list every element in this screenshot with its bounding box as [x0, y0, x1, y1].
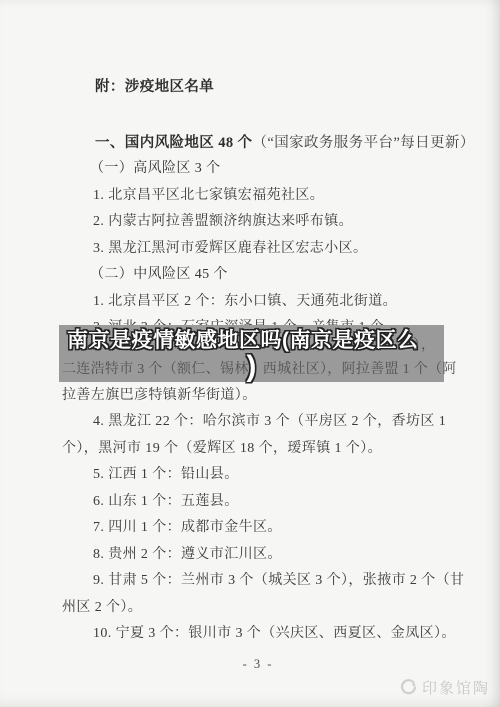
document-line: 9. 甘肃 5 个：兰州市 3 个（城关区 3 个），张掖市 2 个（甘 [62, 568, 454, 595]
attachment-title: 附：涉疫地区名单 [62, 74, 454, 101]
studio-logo-icon [400, 679, 417, 696]
document-line: 1. 北京昌平区北七家镇宏福苑社区。 [62, 183, 454, 210]
page-number: - 3 - [62, 657, 454, 672]
obscured-document-line: 二连浩特市 3 个（额仁、锡林、西城社区），阿拉善盟 1 个（阿 [62, 362, 457, 377]
watermark-text: 印象馆陶 [422, 677, 490, 698]
section-heading-note: （“国家政务服务平台”每日更新） [252, 135, 474, 151]
watermark: 印象馆陶 [400, 677, 490, 698]
document-line: 3. 黑龙江黑河市爱辉区鹿春社区宏志小区。 [62, 236, 454, 263]
obscured-line-tail: ）， [413, 334, 436, 354]
document-line: 8. 贵州 2 个：遵义市汇川区。 [62, 542, 454, 569]
document-line: 4. 黑龙江 22 个：哈尔滨市 3 个（平房区 2 个，香坊区 1 [62, 409, 454, 436]
document-lines: （一）高风险区 3 个1. 北京昌平区北七家镇宏福苑社区。2. 内蒙古阿拉善盟额… [62, 156, 454, 648]
section-heading-main: 一、国内风险地区 48 个 [95, 135, 252, 151]
document-line: 5. 江西 1 个：铅山县。 [62, 462, 454, 489]
document-line: 州区 2 个）。 [62, 595, 454, 622]
document-page: 附：涉疫地区名单 一、国内风险地区 48 个（“国家政务服务平台”每日更新） （… [0, 0, 500, 707]
document-line: 6. 山东 1 个：五莲县。 [62, 489, 454, 516]
overlay-banner: 南京是疫情敏感地区吗(南京是疫区么 ）， 二连浩特市 3 个（额仁、锡林、西城社… [59, 325, 444, 382]
document-line: 个），黑河市 19 个（爱辉区 18 个，瑷珲镇 1 个）。 [62, 436, 454, 463]
document-line: （一）高风险区 3 个 [62, 156, 454, 183]
document-line: 拉善左旗巴彦特镇新华街道）。 [62, 383, 454, 410]
document-line: 7. 四川 1 个：成都市金牛区。 [62, 515, 454, 542]
document-line: （二）中风险区 45 个 [62, 262, 454, 289]
banner-obscured-row: 二连浩特市 3 个（额仁、锡林、西城社区），阿拉善盟 1 个（阿 ) [59, 358, 444, 381]
banner-title-line2: ) [246, 350, 256, 384]
document-line: 2. 内蒙古阿拉善盟额济纳旗达来呼布镇。 [62, 209, 454, 236]
banner-title-line1: 南京是疫情敏感地区吗(南京是疫区么 [67, 329, 419, 352]
document-line: 1. 北京昌平区 2 个：东小口镇、天通苑北街道。 [62, 289, 454, 316]
section-heading: 一、国内风险地区 48 个（“国家政务服务平台”每日更新） [62, 130, 454, 157]
document-line: 10. 宁夏 3 个：银川市 3 个（兴庆区、西夏区、金凤区）。 [62, 621, 454, 648]
